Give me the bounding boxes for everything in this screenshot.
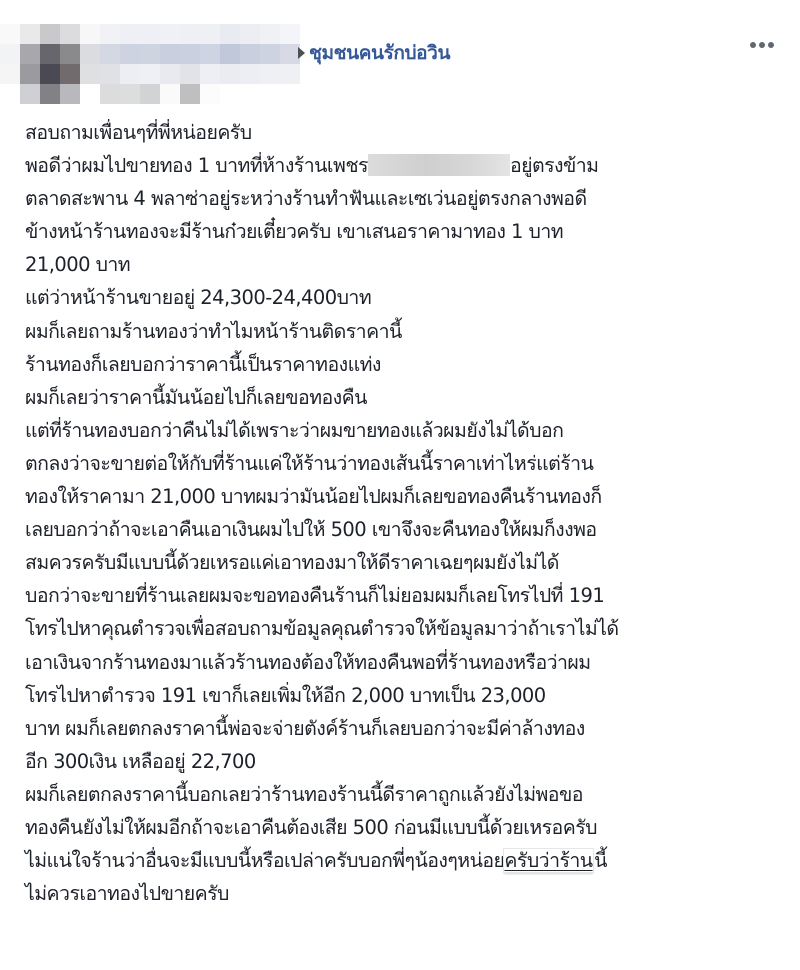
post-line: ผมก็เลยถามร้านทองว่าทำไมหน้าร้านติดราคาน… — [25, 315, 785, 348]
post-line-text: ไม่แน่ใจร้านว่าอื่นจะมีแบบนี้หรือเปล่าคร… — [25, 849, 504, 872]
mosaic-tile — [20, 24, 40, 44]
mosaic-tile — [60, 84, 80, 104]
mosaic-tile — [20, 44, 40, 64]
post-line: 21,000 บาท — [25, 248, 785, 281]
selected-text[interactable]: ครับว่าร้าน — [504, 849, 592, 872]
group-name[interactable]: ชุมชนคนรักบ่อวิน — [309, 38, 450, 68]
author-avatar-and-name-pixelated[interactable] — [0, 24, 300, 104]
post-body: สอบถามเพื่อนๆที่พี่หน่อยครับ พอดีว่าผมไป… — [25, 116, 785, 910]
post-line: ตลาดสะพาน 4 พลาซ่าอยู่ระหว่างร้านทำฟันแล… — [25, 182, 785, 215]
mosaic-tile — [120, 24, 140, 44]
post-line: แต่ว่าหน้าร้านขายอยู่ 24,300-24,400บาท — [25, 281, 785, 314]
post-line: เลยบอกว่าถ้าจะเอาคืนเอาเงินผมไปให้ 500 เ… — [25, 513, 785, 546]
post-line-text: พอดีว่าผมไปขายทอง 1 บาทที่ห้างร้านเพชร — [25, 154, 368, 177]
mosaic-tile — [160, 64, 180, 84]
mosaic-tile — [200, 44, 220, 64]
mosaic-tile — [140, 24, 160, 44]
post-line: ตกลงว่าจะขายต่อให้กับที่ร้านแค่ให้ร้านว่… — [25, 447, 785, 480]
mosaic-tile — [140, 64, 160, 84]
post-line: สมควรครับมีแบบนี้ด้วยเหรอแค่เอาทองมาให้ด… — [25, 546, 785, 579]
mosaic-tile — [280, 64, 300, 84]
mosaic-tile — [260, 64, 280, 84]
mosaic-tile — [200, 64, 220, 84]
post-line: โทรไปหาตำรวจ 191 เขาก็เลยเพิ่มให้อีก 2,0… — [25, 679, 785, 712]
mosaic-tile — [280, 24, 300, 44]
dot-icon — [768, 42, 774, 48]
mosaic-tile — [20, 64, 40, 84]
mosaic-tile — [220, 64, 240, 84]
mosaic-tile — [220, 44, 240, 64]
mosaic-tile — [260, 84, 280, 104]
mosaic-tile — [180, 64, 200, 84]
post-line: สอบถามเพื่อนๆที่พี่หน่อยครับ — [25, 116, 785, 149]
mosaic-tile — [180, 24, 200, 44]
mosaic-tile — [0, 64, 20, 84]
mosaic-tile — [0, 44, 20, 64]
mosaic-tile — [0, 24, 20, 44]
mosaic-tile — [220, 84, 240, 104]
mosaic-tile — [120, 44, 140, 64]
mosaic-tile — [160, 24, 180, 44]
mosaic-tile — [60, 24, 80, 44]
mosaic-tile — [200, 84, 220, 104]
post-line: ไม่แน่ใจร้านว่าอื่นจะมีแบบนี้หรือเปล่าคร… — [25, 844, 785, 877]
mosaic-tile — [140, 84, 160, 104]
mosaic-tile — [80, 24, 100, 44]
post-line: โทรไปหาคุณตำรวจเพื่อสอบถามข้อมูลคุณตำรวจ… — [25, 612, 785, 645]
mosaic-tile — [40, 64, 60, 84]
post-line: ข้างหน้าร้านทองจะมีร้านก๋วยเตี๋ยวครับ เข… — [25, 215, 785, 248]
more-options-button[interactable] — [750, 42, 774, 48]
mosaic-tile — [100, 24, 120, 44]
mosaic-tile — [60, 64, 80, 84]
group-link[interactable]: ชุมชนคนรักบ่อวิน — [298, 38, 450, 68]
post-line: ทองให้ราคามา 21,000 บาทผมว่ามันน้อยไปผมก… — [25, 480, 785, 513]
post-line-text: อยู่ตรงข้าม — [510, 154, 599, 177]
post-line: บาท ผมก็เลยตกลงราคานี้พ่อจะจ่ายตังค์ร้าน… — [25, 712, 785, 745]
post-line: บอกว่าจะขายที่ร้านเลยผมจะขอทองคืนร้านก็ไ… — [25, 579, 785, 612]
dot-icon — [750, 42, 756, 48]
triangle-right-icon — [298, 47, 305, 59]
post-line: ทองคืนยังไม่ให้ผมอีกถ้าจะเอาคืนต้องเสีย … — [25, 811, 785, 844]
mosaic-tile — [60, 44, 80, 64]
mosaic-tile — [200, 24, 220, 44]
mosaic-tile — [260, 24, 280, 44]
post-line-text: นี้ — [594, 849, 607, 872]
mosaic-tile — [280, 44, 300, 64]
mosaic-tile — [80, 64, 100, 84]
mosaic-tile — [280, 84, 300, 104]
mosaic-tile — [160, 84, 180, 104]
mosaic-tile — [40, 44, 60, 64]
post-line: อีก 300เงิน เหลืออยู่ 22,700 — [25, 745, 785, 778]
mosaic-tile — [180, 84, 200, 104]
mosaic-tile — [100, 64, 120, 84]
post-line: ผมก็เลยว่าราคานี้มันน้อยไปก็เลยขอทองคืน — [25, 381, 785, 414]
mosaic-tile — [140, 44, 160, 64]
mosaic-tile — [100, 44, 120, 64]
post-line: ร้านทองก็เลยบอกว่าราคานี้เป็นราคาทองแท่ง — [25, 348, 785, 381]
dot-icon — [759, 42, 765, 48]
mosaic-tile — [240, 44, 260, 64]
post-line: พอดีว่าผมไปขายทอง 1 บาทที่ห้างร้านเพชรอย… — [25, 149, 785, 182]
mosaic-tile — [240, 24, 260, 44]
post-line: เอาเงินจากร้านทองมาแล้วร้านทองต้องให้ทอง… — [25, 646, 785, 679]
mosaic-tile — [80, 44, 100, 64]
mosaic-tile — [20, 84, 40, 104]
mosaic-tile — [120, 84, 140, 104]
mosaic-tile — [240, 84, 260, 104]
mosaic-tile — [240, 64, 260, 84]
post-line: แต่ที่ร้านทองบอกว่าคืนไม่ได้เพราะว่าผมขา… — [25, 414, 785, 447]
redacted-block — [368, 154, 510, 176]
mosaic-tile — [260, 44, 280, 64]
mosaic-tile — [180, 44, 200, 64]
post-line: ผมก็เลยตกลงราคานี้บอกเลยว่าร้านทองร้านนี… — [25, 778, 785, 811]
mosaic-tile — [160, 44, 180, 64]
post-line: ไม่ควรเอาทองไปขายครับ — [25, 877, 785, 910]
mosaic-tile — [100, 84, 120, 104]
mosaic-tile — [40, 24, 60, 44]
mosaic-tile — [80, 84, 100, 104]
mosaic-tile — [220, 24, 240, 44]
post-header: ชุมชนคนรักบ่อวิน — [0, 0, 800, 110]
mosaic-tile — [0, 84, 20, 104]
mosaic-tile — [120, 64, 140, 84]
mosaic-tile — [40, 84, 60, 104]
